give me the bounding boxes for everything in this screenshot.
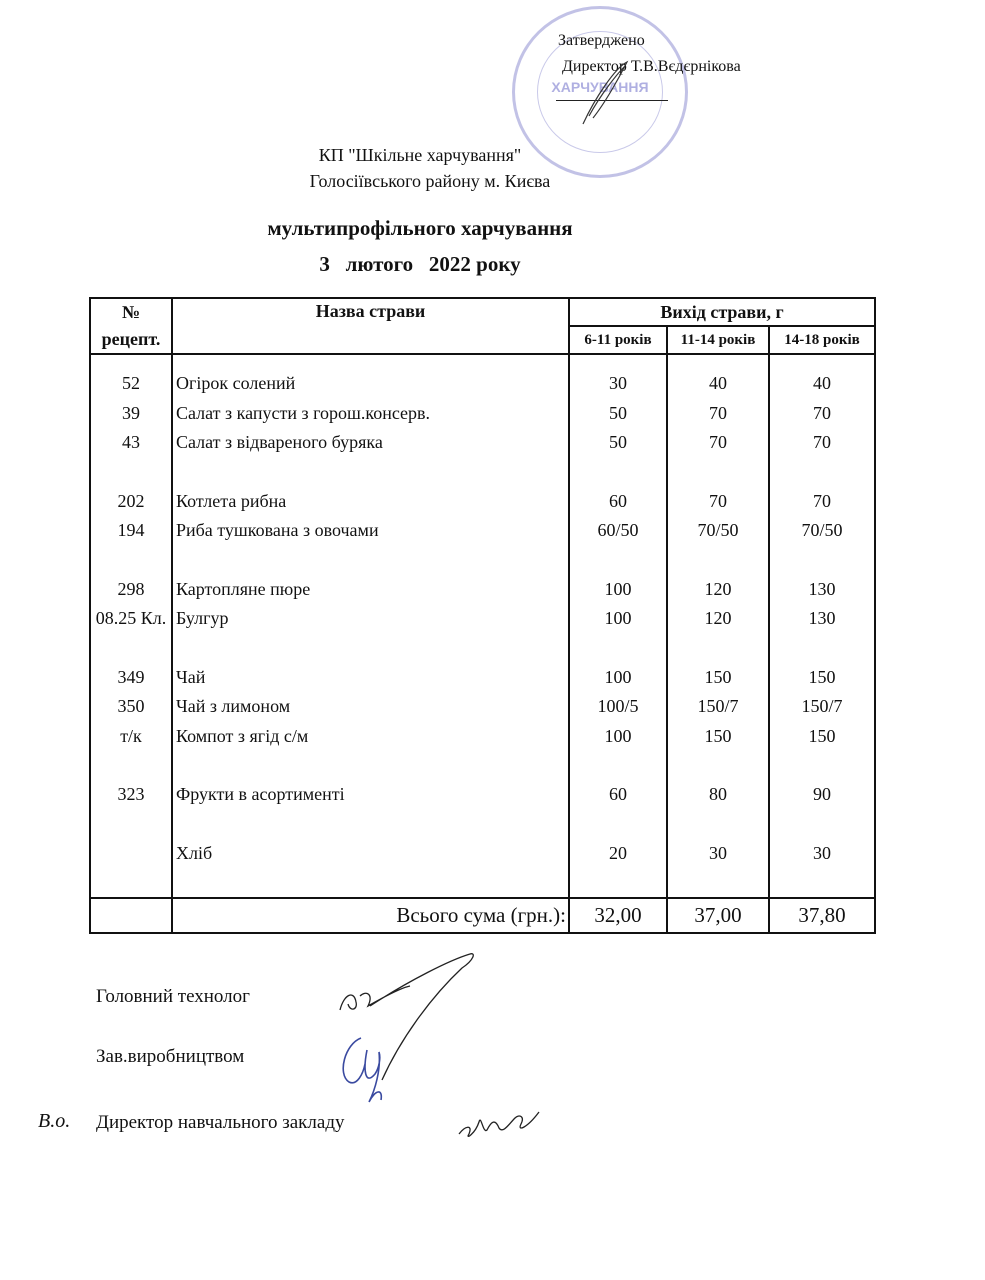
total-11-14: 37,00 (667, 898, 769, 933)
portion-6-11: 100 (569, 604, 667, 634)
table-row: 08.25 Кл.Булгур100120130 (90, 604, 875, 634)
portion-14-18: 150 (769, 722, 875, 752)
spacer-cell (90, 634, 172, 663)
recipe-number (90, 839, 172, 869)
portion-14-18: 150 (769, 663, 875, 693)
recipe-number: т/к (90, 722, 172, 752)
spacer-cell (90, 458, 172, 487)
spacer-cell (90, 810, 172, 839)
spacer-cell (769, 354, 875, 369)
table-row: 349Чай100150150 (90, 663, 875, 693)
portion-14-18: 30 (769, 839, 875, 869)
portion-14-18: 130 (769, 575, 875, 605)
spacer-cell (569, 810, 667, 839)
recipe-number: 194 (90, 516, 172, 546)
header-dish-name: Назва страви (172, 298, 569, 354)
header-age-11-14: 11-14 років (667, 326, 769, 354)
dish-name: Риба тушкована з овочами (172, 516, 569, 546)
spacer-cell (569, 751, 667, 780)
table-row: 350Чай з лимоном100/5150/7150/7 (90, 692, 875, 722)
portion-6-11: 100 (569, 722, 667, 752)
dish-name: Огірок солений (172, 369, 569, 399)
spacer-cell (172, 810, 569, 839)
recipe-number: 52 (90, 369, 172, 399)
portion-6-11: 60 (569, 487, 667, 517)
table-row: 39Салат з капусти з горош.консерв.507070 (90, 399, 875, 429)
spacer-row (90, 751, 875, 780)
menu-title: мультипрофільного харчування (0, 216, 840, 241)
spacer-cell (667, 546, 769, 575)
spacer-cell (667, 458, 769, 487)
portion-11-14: 70 (667, 487, 769, 517)
portion-6-11: 100 (569, 663, 667, 693)
portion-6-11: 20 (569, 839, 667, 869)
recipe-number: 39 (90, 399, 172, 429)
table-row: 323Фрукти в асортименті608090 (90, 780, 875, 810)
table-row: 43Салат з відвареного буряка507070 (90, 428, 875, 458)
dish-name: Картопляне пюре (172, 575, 569, 605)
spacer-cell (172, 634, 569, 663)
spacer-cell (90, 546, 172, 575)
header-recipe-label: рецепт. (90, 326, 172, 354)
portion-11-14: 120 (667, 604, 769, 634)
spacer-cell (667, 751, 769, 780)
table-row: 202Котлета рибна607070 (90, 487, 875, 517)
spacer-row (90, 634, 875, 663)
portion-6-11: 50 (569, 428, 667, 458)
approval-label: Затверджено (558, 28, 741, 54)
spacer-cell (769, 868, 875, 898)
dish-name: Чай з лимоном (172, 692, 569, 722)
spacer-cell (769, 810, 875, 839)
portion-11-14: 30 (667, 839, 769, 869)
menu-date: 3 лютого 2022 року (0, 252, 840, 277)
spacer-cell (172, 868, 569, 898)
chief-technologist-label: Головний технолог (96, 986, 250, 1008)
total-14-18: 37,80 (769, 898, 875, 933)
table-row: 52Огірок солений304040 (90, 369, 875, 399)
portion-11-14: 80 (667, 780, 769, 810)
total-6-11: 32,00 (569, 898, 667, 933)
spacer-cell (667, 810, 769, 839)
portion-6-11: 100 (569, 575, 667, 605)
header-yield: Вихід страви, г (569, 298, 875, 326)
production-manager-signature-icon (335, 1030, 405, 1120)
recipe-number: 202 (90, 487, 172, 517)
table-row: т/кКомпот з ягід с/м100150150 (90, 722, 875, 752)
total-empty-cell (90, 898, 172, 933)
spacer-cell (667, 634, 769, 663)
total-label: Всього сума (грн.): (172, 898, 569, 933)
dish-name: Хліб (172, 839, 569, 869)
portion-11-14: 120 (667, 575, 769, 605)
header-recipe-no: № (90, 298, 172, 326)
table-row: Хліб203030 (90, 839, 875, 869)
spacer-cell (769, 751, 875, 780)
dish-name: Чай (172, 663, 569, 693)
spacer-cell (769, 546, 875, 575)
portion-14-18: 150/7 (769, 692, 875, 722)
portion-6-11: 50 (569, 399, 667, 429)
recipe-number: 08.25 Кл. (90, 604, 172, 634)
recipe-number: 298 (90, 575, 172, 605)
recipe-number: 350 (90, 692, 172, 722)
spacer-cell (769, 634, 875, 663)
spacer-cell (569, 546, 667, 575)
spacer-cell (90, 751, 172, 780)
spacer-cell (667, 868, 769, 898)
spacer-cell (769, 458, 875, 487)
production-manager-label: Зав.виробництвом (96, 1046, 244, 1068)
portion-11-14: 70 (667, 399, 769, 429)
dish-name: Салат з відвареного буряка (172, 428, 569, 458)
spacer-cell (172, 546, 569, 575)
spacer-cell (172, 458, 569, 487)
portion-11-14: 150/7 (667, 692, 769, 722)
dish-name: Булгур (172, 604, 569, 634)
portion-6-11: 30 (569, 369, 667, 399)
header-age-6-11: 6-11 років (569, 326, 667, 354)
portion-6-11: 60 (569, 780, 667, 810)
spacer-cell (90, 354, 172, 369)
portion-14-18: 40 (769, 369, 875, 399)
dish-name: Компот з ягід с/м (172, 722, 569, 752)
spacer-cell (569, 868, 667, 898)
spacer-cell (172, 354, 569, 369)
portion-6-11: 60/50 (569, 516, 667, 546)
spacer-cell (90, 868, 172, 898)
portion-11-14: 150 (667, 722, 769, 752)
portion-11-14: 70 (667, 428, 769, 458)
spacer-row (90, 546, 875, 575)
spacer-cell (569, 458, 667, 487)
table-row: 298Картопляне пюре100120130 (90, 575, 875, 605)
spacer-row (90, 810, 875, 839)
recipe-number: 43 (90, 428, 172, 458)
dish-name: Фрукти в асортименті (172, 780, 569, 810)
portion-14-18: 70 (769, 399, 875, 429)
recipe-number: 349 (90, 663, 172, 693)
header-age-14-18: 14-18 років (769, 326, 875, 354)
menu-table-body: 52Огірок солений30404039Салат з капусти … (90, 354, 875, 898)
dish-name: Котлета рибна (172, 487, 569, 517)
spacer-cell (172, 751, 569, 780)
acting-prefix: В.о. (38, 1110, 70, 1133)
portion-11-14: 40 (667, 369, 769, 399)
organization-district: Голосіївського району м. Києва (0, 168, 860, 194)
total-row: Всього сума (грн.): 32,00 37,00 37,80 (90, 898, 875, 933)
recipe-number: 323 (90, 780, 172, 810)
portion-11-14: 70/50 (667, 516, 769, 546)
spacer-row (90, 354, 875, 369)
portion-14-18: 70 (769, 487, 875, 517)
director-school-signature-icon (455, 1104, 545, 1144)
spacer-cell (667, 354, 769, 369)
portion-14-18: 90 (769, 780, 875, 810)
spacer-cell (569, 634, 667, 663)
spacer-row (90, 458, 875, 487)
portion-6-11: 100/5 (569, 692, 667, 722)
school-director-label: Директор навчального закладу (96, 1112, 344, 1134)
organization-name: КП "Шкільне харчування" (0, 142, 840, 168)
portion-14-18: 70/50 (769, 516, 875, 546)
spacer-cell (569, 354, 667, 369)
menu-table: № Назва страви Вихід страви, г рецепт. 6… (89, 297, 876, 934)
table-row: 194Риба тушкована з овочами60/5070/5070/… (90, 516, 875, 546)
director-signature-icon (575, 58, 635, 128)
spacer-row (90, 868, 875, 898)
dish-name: Салат з капусти з горош.консерв. (172, 399, 569, 429)
portion-11-14: 150 (667, 663, 769, 693)
portion-14-18: 70 (769, 428, 875, 458)
portion-14-18: 130 (769, 604, 875, 634)
